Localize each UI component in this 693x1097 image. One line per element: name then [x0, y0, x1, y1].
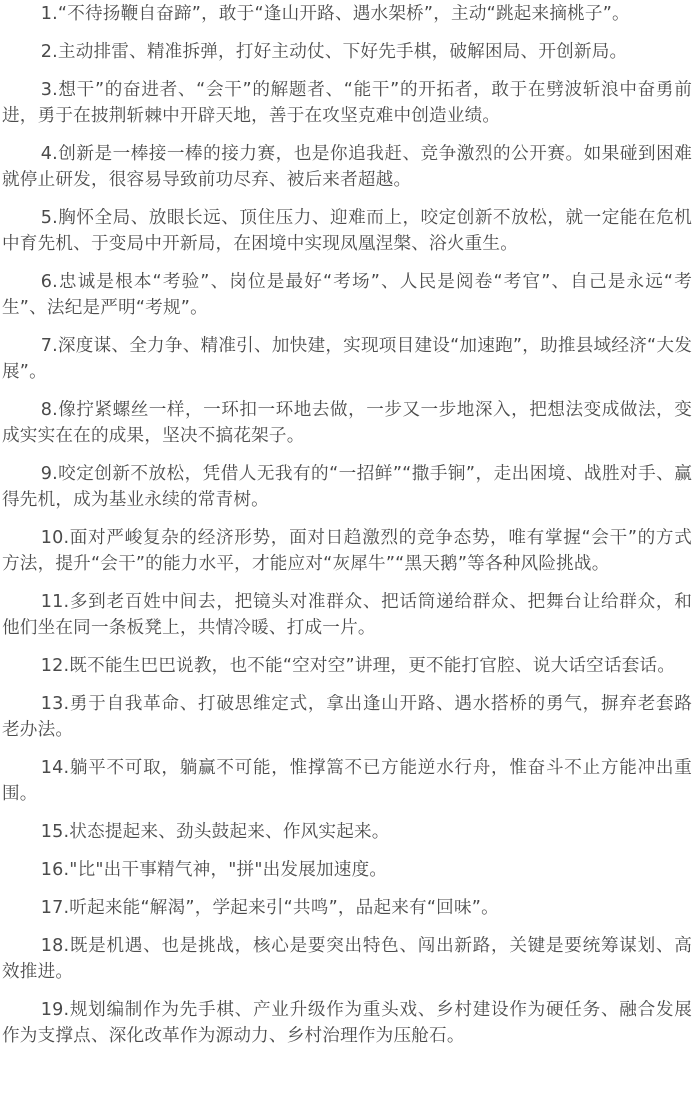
paragraph-15: 15.状态提起来、劲头鼓起来、作风实起来。: [2, 819, 692, 845]
article-body: 1.“不待扬鞭自奋蹄”，敢于“逢山开路、遇水架桥”，主动“跳起来摘桃子”。 2.…: [0, 1, 693, 1049]
paragraph-4: 4.创新是一棒接一棒的接力赛，也是你追我赶、竞争激烈的公开赛。如果碰到困难就停止…: [2, 141, 692, 193]
paragraph-18: 18.既是机遇、也是挑战，核心是要突出特色、闯出新路，关键是要统筹谋划、高效推进…: [2, 933, 692, 985]
paragraph-13: 13.勇于自我革命、打破思维定式，拿出逢山开路、遇水搭桥的勇气，摒弃老套路老办法…: [2, 691, 692, 743]
paragraph-7: 7.深度谋、全力争、精准引、加快建，实现项目建设“加速跑”，助推县域经济“大发展…: [2, 333, 692, 385]
paragraph-8: 8.像拧紧螺丝一样，一环扣一环地去做，一步又一步地深入，把想法变成做法，变成实实…: [2, 397, 692, 449]
paragraph-14: 14.躺平不可取，躺赢不可能，惟撑篙不已方能逆水行舟，惟奋斗不止方能冲出重围。: [2, 755, 692, 807]
paragraph-1: 1.“不待扬鞭自奋蹄”，敢于“逢山开路、遇水架桥”，主动“跳起来摘桃子”。: [2, 1, 692, 27]
paragraph-17: 17.听起来能“解渴”，学起来引“共鸣”，品起来有“回味”。: [2, 895, 692, 921]
paragraph-16: 16."比"出干事精气神，"拼"出发展加速度。: [2, 857, 692, 883]
paragraph-5: 5.胸怀全局、放眼长远、顶住压力、迎难而上，咬定创新不放松，就一定能在危机中育先…: [2, 205, 692, 257]
paragraph-9: 9.咬定创新不放松，凭借人无我有的“一招鲜”“撒手锏”，走出困境、战胜对手、赢得…: [2, 461, 692, 513]
paragraph-10: 10.面对严峻复杂的经济形势，面对日趋激烈的竞争态势，唯有掌握“会干”的方式方法…: [2, 525, 692, 577]
paragraph-19: 19.规划编制作为先手棋、产业升级作为重头戏、乡村建设作为硬任务、融合发展作为支…: [2, 997, 692, 1049]
paragraph-3: 3.想干”的奋进者、“会干”的解题者、“能干”的开拓者，敢于在劈波斩浪中奋勇前进…: [2, 77, 692, 129]
paragraph-12: 12.既不能生巴巴说教，也不能“空对空”讲理，更不能打官腔、说大话空话套话。: [2, 653, 692, 679]
paragraph-11: 11.多到老百姓中间去，把镜头对准群众、把话筒递给群众、把舞台让给群众，和他们坐…: [2, 589, 692, 641]
paragraph-2: 2.主动排雷、精准拆弹，打好主动仗、下好先手棋，破解困局、开创新局。: [2, 39, 692, 65]
paragraph-6: 6.忠诚是根本“考验”、岗位是最好“考场”、人民是阅卷“考官”、自己是永远“考生…: [2, 269, 692, 321]
